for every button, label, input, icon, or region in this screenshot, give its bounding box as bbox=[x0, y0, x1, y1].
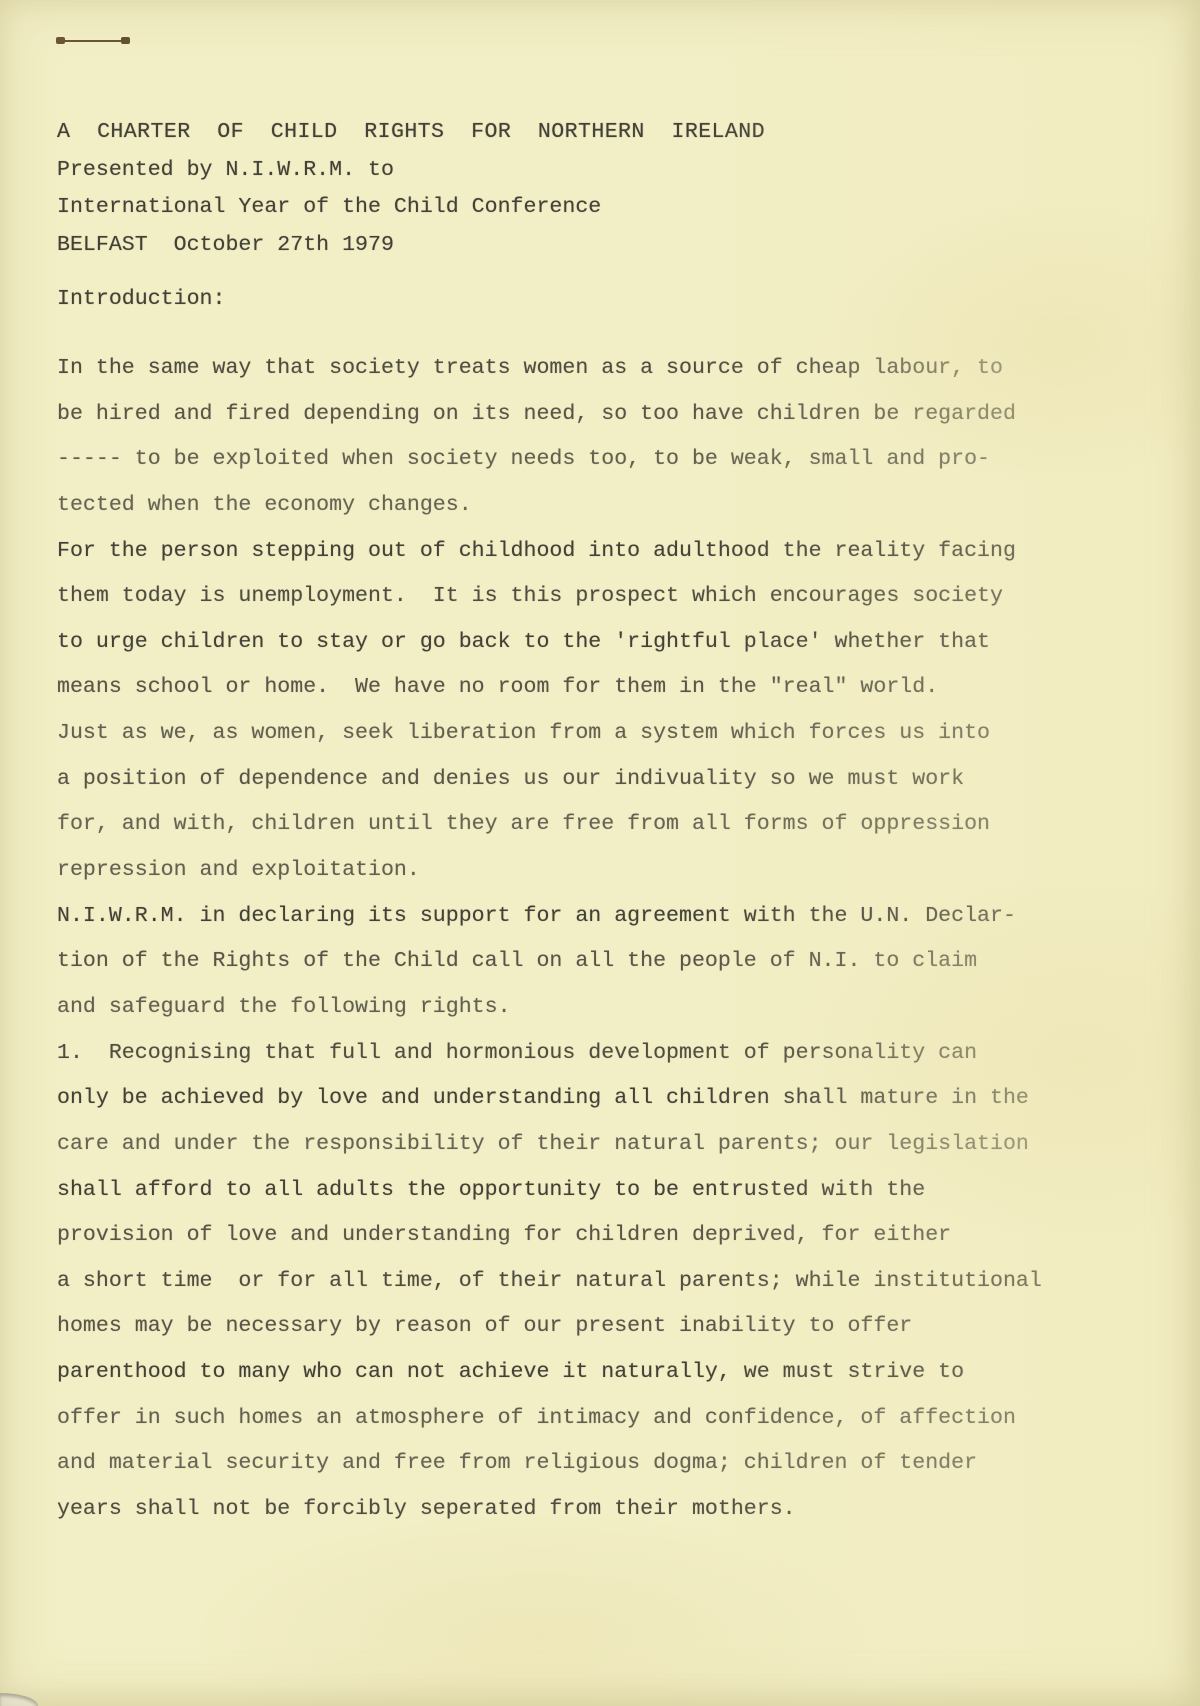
introduction-heading: Introduction: bbox=[57, 287, 225, 311]
body-line: to urge children to stay or go back to t… bbox=[57, 630, 1042, 676]
body-line: ----- to be exploited when society needs… bbox=[57, 447, 1042, 493]
body-line: In the same way that society treats wome… bbox=[57, 356, 1042, 402]
scan-corner-artifact bbox=[0, 1693, 38, 1706]
body-line: 1. Recognising that full and hormonious … bbox=[57, 1041, 1042, 1087]
conference-line: International Year of the Child Conferen… bbox=[57, 189, 765, 227]
pen-mark-line bbox=[60, 40, 126, 42]
body-line: provision of love and understanding for … bbox=[57, 1223, 1042, 1269]
body-line: them today is unemployment. It is this p… bbox=[57, 584, 1042, 630]
pen-mark-right-dot bbox=[121, 37, 130, 44]
body-line: and safeguard the following rights. bbox=[57, 995, 1042, 1041]
body-line: repression and exploitation. bbox=[57, 858, 1042, 904]
body-line: N.I.W.R.M. in declaring its support for … bbox=[57, 904, 1042, 950]
body-line: for, and with, children until they are f… bbox=[57, 812, 1042, 858]
presented-by-line: Presented by N.I.W.R.M. to bbox=[57, 152, 765, 190]
body-line: care and under the responsibility of the… bbox=[57, 1132, 1042, 1178]
body-line: tion of the Rights of the Child call on … bbox=[57, 949, 1042, 995]
document-body: In the same way that society treats wome… bbox=[57, 356, 1042, 1543]
body-line: homes may be necessary by reason of our … bbox=[57, 1314, 1042, 1360]
body-line: a short time or for all time, of their n… bbox=[57, 1269, 1042, 1315]
body-line: be hired and fired depending on its need… bbox=[57, 402, 1042, 448]
pen-mark-left-dot bbox=[56, 37, 65, 44]
pen-annotation-mark bbox=[56, 36, 130, 46]
body-line: a position of dependence and denies us o… bbox=[57, 767, 1042, 813]
body-line: years shall not be forcibly seperated fr… bbox=[57, 1497, 1042, 1543]
body-line: Just as we, as women, seek liberation fr… bbox=[57, 721, 1042, 767]
document-page: A CHARTER OF CHILD RIGHTS FOR NORTHERN I… bbox=[0, 0, 1200, 1706]
body-line: For the person stepping out of childhood… bbox=[57, 539, 1042, 585]
body-line: and material security and free from reli… bbox=[57, 1451, 1042, 1497]
document-header: A CHARTER OF CHILD RIGHTS FOR NORTHERN I… bbox=[57, 114, 765, 264]
body-line: shall afford to all adults the opportuni… bbox=[57, 1178, 1042, 1224]
document-title: A CHARTER OF CHILD RIGHTS FOR NORTHERN I… bbox=[57, 114, 765, 152]
body-line: tected when the economy changes. bbox=[57, 493, 1042, 539]
body-line: only be achieved by love and understandi… bbox=[57, 1086, 1042, 1132]
place-date-line: BELFAST October 27th 1979 bbox=[57, 227, 765, 265]
body-line: means school or home. We have no room fo… bbox=[57, 675, 1042, 721]
body-line: offer in such homes an atmosphere of int… bbox=[57, 1406, 1042, 1452]
body-line: parenthood to many who can not achieve i… bbox=[57, 1360, 1042, 1406]
